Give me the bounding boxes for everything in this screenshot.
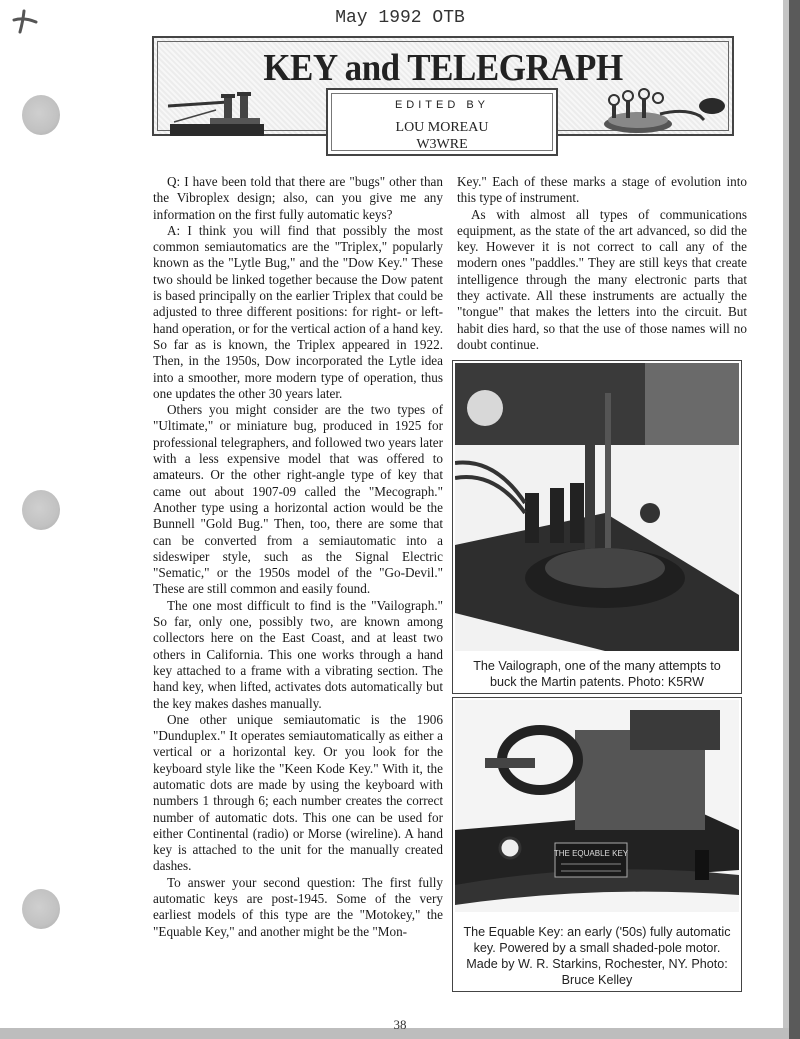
article-column-left: Q: I have been told that there are "bugs… bbox=[153, 174, 443, 940]
figure-caption: The Equable Key: an early ('50s) fully a… bbox=[459, 924, 735, 988]
paragraph-others: Others you might consider are the two ty… bbox=[153, 402, 443, 598]
paragraph-dunduplex: One other unique semiautomatic is the 19… bbox=[153, 712, 443, 875]
editor-name: LOU MOREAU bbox=[328, 120, 556, 136]
straight-key-illustration-icon bbox=[166, 88, 266, 138]
paragraph-answer: A: I think you will find that possibly t… bbox=[153, 223, 443, 402]
scan-edge-dark bbox=[789, 0, 800, 1039]
editor-callsign: W3WRE bbox=[328, 137, 556, 153]
punch-hole-icon bbox=[22, 490, 60, 530]
paragraph-vailograph: The one most difficult to find is the "V… bbox=[153, 598, 443, 712]
paragraph-second-answer: To answer your second question: The firs… bbox=[153, 875, 443, 940]
page-number: 38 bbox=[0, 1017, 800, 1033]
vailograph-photo bbox=[455, 363, 739, 651]
editor-credit-box: EDITED BY LOU MOREAU W3WRE bbox=[326, 88, 558, 156]
equable-key-photo-image-icon: THE EQUABLE KEY bbox=[455, 700, 739, 912]
punch-hole-icon bbox=[22, 95, 60, 135]
figure-equable-key: THE EQUABLE KEY The Equable Key: an earl… bbox=[452, 697, 742, 992]
edited-by-label: EDITED BY bbox=[328, 99, 556, 111]
vailograph-photo-image-icon bbox=[455, 363, 739, 651]
paragraph-continuation: Key." Each of these marks a stage of evo… bbox=[457, 174, 747, 207]
issue-header: May 1992 OTB bbox=[0, 8, 800, 28]
article-column-right: Key." Each of these marks a stage of evo… bbox=[457, 174, 747, 353]
column-title: KEY and TELEGRAPH bbox=[177, 46, 709, 90]
equable-nameplate: THE EQUABLE KEY bbox=[554, 849, 629, 858]
figure-caption: The Vailograph, one of the many attempts… bbox=[459, 658, 735, 690]
punch-hole-icon bbox=[22, 889, 60, 929]
paragraph-evolution: As with almost all types of communicatio… bbox=[457, 207, 747, 354]
paragraph-question: Q: I have been told that there are "bugs… bbox=[153, 174, 443, 223]
figure-vailograph: The Vailograph, one of the many attempts… bbox=[452, 360, 742, 694]
equable-key-photo: THE EQUABLE KEY bbox=[455, 700, 739, 912]
sounder-key-illustration-icon bbox=[600, 86, 726, 136]
